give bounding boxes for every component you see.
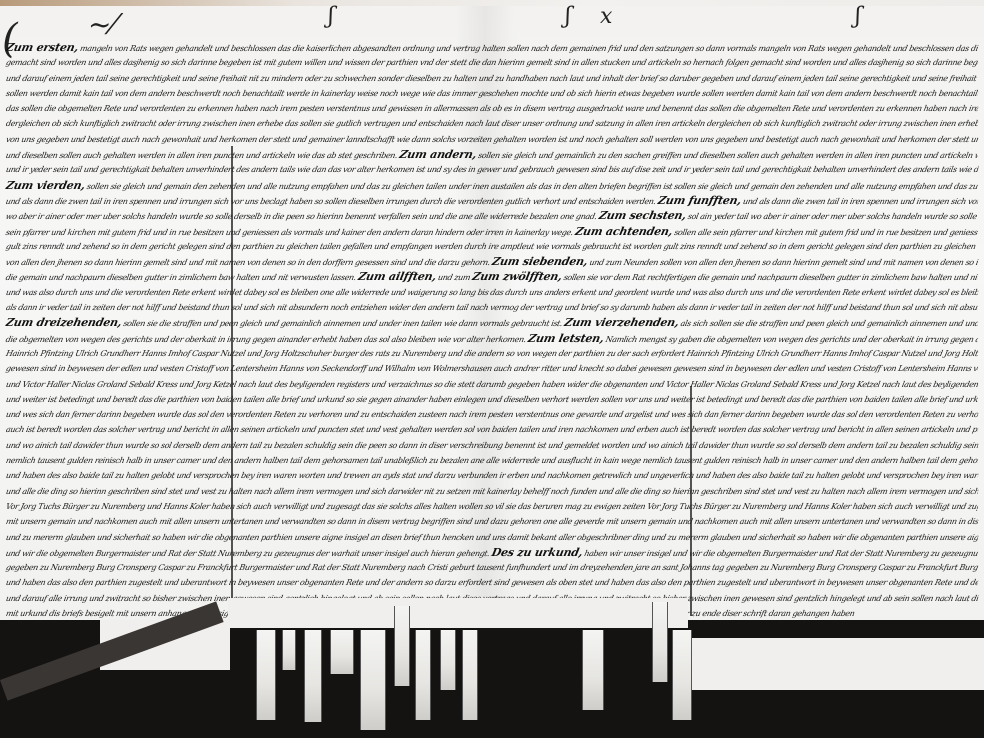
text-line: als dann ir veder tail in zeiten der not… — [4, 300, 979, 315]
line-text: und zu mererm glauben und sicherhait so … — [5, 533, 650, 542]
line-text: sein pfarrer und kirchen mit gutem frid … — [5, 228, 576, 237]
text-line: Hainrich Pfintzing Ulrich Grundherr Hann… — [4, 346, 979, 361]
charter-text: Zum ersten, mangeln von Rats wegen gehan… — [6, 40, 978, 637]
text-line: und alle die ding so hierinn geschriben … — [4, 484, 979, 499]
seal-tag-9 — [462, 630, 478, 720]
text-line: und haben das also den parthien zugestel… — [4, 575, 979, 590]
section-heading: Des zu urkund, — [490, 546, 584, 559]
text-line: mit unsern gemain und nachkomen auch mit… — [4, 514, 979, 529]
text-line: gegeben zu Nuremberg Burg Cronsperg Casp… — [4, 560, 979, 575]
text-line: und darauf einem jeden tail seine gerech… — [4, 71, 979, 86]
line-text: und darauf einem jeden tail seine gerech… — [733, 74, 980, 83]
line-text: und dieselben sollen auch gehalten werde… — [681, 151, 980, 160]
text-line: die gemain und nachpaurn dieselben gutte… — [4, 269, 979, 284]
text-line: auch ist beredt worden das solcher vertr… — [4, 422, 979, 437]
text-line: und zu mererm glauben und sicherhait so … — [4, 530, 979, 545]
line-text: und wes sich dan ferner darinn begeben w… — [5, 410, 654, 419]
text-line: nemlich tausent gulden reinisch halb in … — [4, 453, 979, 468]
text-line: Zum ersten, mangeln von Rats wegen gehan… — [4, 40, 979, 55]
line-text: sollen sie gleich und gemainlich zu den … — [475, 151, 682, 160]
fold-line-left — [231, 146, 233, 606]
text-line: und haben des also baide tail zu halten … — [4, 468, 979, 483]
line-text: als dann ir veder tail in zeiten der not… — [5, 303, 676, 312]
seal-tag-7 — [415, 630, 431, 720]
line-text: gemacht sind worden und alles dasjhenig … — [748, 58, 980, 67]
line-text: und wo ainich tail dawider thun wurde so… — [629, 441, 980, 450]
text-line: Zum dreizehenden, sollen sie die straffe… — [4, 315, 979, 330]
section-heading: Zum ersten, — [5, 41, 80, 54]
line-text: sollen sie die straffen und peen gleich … — [707, 319, 980, 328]
line-text: die gemain und nachpaurn dieselben gutte… — [695, 273, 980, 282]
line-text: und haben das also den parthien zugestel… — [592, 578, 980, 587]
line-text: die obgemelten von wegen des gerichts un… — [5, 335, 529, 344]
text-line: und Victor Haller Niclas Groland Sebald … — [4, 377, 979, 392]
line-text: wo aber ir ainer oder mer uber solchs ha… — [747, 212, 979, 221]
seal-tag-1 — [256, 630, 276, 720]
line-text: sol ain yeder tail — [685, 212, 749, 221]
line-text: und Victor Haller Niclas Groland Sebald … — [5, 380, 648, 389]
line-text: die gemain und nachpaurn dieselben gutte… — [5, 273, 359, 282]
line-text: und alle die ding so hierinn geschriben … — [596, 487, 980, 496]
top-flourish-5: ʃ — [855, 4, 861, 29]
line-text: von allen den jhenen so dann hierinn gem… — [5, 258, 493, 267]
line-text: und als dann die zwen tail in iren spenn… — [5, 197, 659, 206]
line-text: gegeben zu Nuremberg Burg Cronsperg Casp… — [5, 563, 725, 572]
text-line: Zum vierden, sollen sie gleich und gemai… — [4, 178, 979, 193]
seal-tag-5 — [360, 630, 386, 730]
text-line: wo aber ir ainer oder mer uber solchs ha… — [4, 208, 979, 223]
section-heading: Zum siebenden, — [491, 255, 589, 268]
line-text: und dieselben sollen auch gehalten werde… — [5, 151, 400, 160]
line-text: dergleichen ob sich kunftiglich zwitrach… — [704, 119, 980, 128]
text-line: und als dann die zwen tail in iren spenn… — [4, 193, 979, 208]
text-line: und dieselben sollen auch gehalten werde… — [4, 147, 979, 162]
line-text: wo aber ir ainer oder mer uber solchs ha… — [5, 212, 600, 221]
line-text: Hainrich Pfintzing Ulrich Grundherr Hann… — [5, 349, 686, 358]
seal-tag-11 — [652, 602, 668, 682]
line-text: sein pfarrer und kirchen mit gutem frid … — [710, 228, 980, 237]
line-text: und ir yeder sein tail und gerechtigkait… — [5, 165, 666, 174]
seal-tag-10 — [582, 630, 604, 710]
text-line: das sollen die obgemelten Rete und veror… — [4, 101, 979, 116]
line-text: gult zins renndt und zehend so in dem ge… — [5, 242, 662, 251]
seal-tag-6 — [394, 606, 410, 686]
line-text: gult zins renndt und zehend so in dem ge… — [661, 242, 980, 251]
line-text: haben wir unser insigel — [581, 549, 671, 558]
section-heading: Zum ailfften, — [357, 270, 438, 283]
line-text: mit unsern gemain und nachkomen auch mit… — [603, 517, 979, 526]
line-text: das sollen die obgemelten Rete und veror… — [5, 104, 694, 113]
line-text: auch ist beredt worden das solcher vertr… — [657, 425, 979, 434]
section-heading: Zum letsten, — [527, 332, 605, 345]
top-flourish-2: ʃ — [328, 4, 334, 29]
text-line: gewesen sind in beywesen der edlen und v… — [4, 361, 979, 376]
line-text: und zum — [435, 273, 473, 282]
section-heading: Zum vierzehenden, — [563, 316, 680, 329]
top-flourish-3: ʃ — [565, 4, 571, 29]
line-text: und was also durch uns und die verordent… — [5, 288, 675, 297]
text-line: gemacht sind worden und alles dasjhenig … — [4, 55, 979, 70]
line-text: sollen werden damit kain tail von dem an… — [5, 89, 701, 98]
line-text: gegeben zu Nuremberg Burg Cronsperg Casp… — [723, 563, 980, 572]
section-heading: Zum achtenden, — [574, 225, 674, 238]
text-line: von allen den jhenen so dann hierinn gem… — [4, 254, 979, 269]
text-line: sollen werden damit kain tail von dem an… — [4, 86, 979, 101]
line-text: und was also durch uns und die verordent… — [673, 288, 980, 297]
text-line: und wo ainich tail dawider thun wurde so… — [4, 438, 979, 453]
line-text: und wes sich dan ferner darinn begeben w… — [652, 410, 980, 419]
line-text: nemlich tausent gulden reinisch halb in … — [5, 456, 642, 465]
charter-sheet: ( ~⁄ ʃ ʃ x ʃ Zum ersten, mangeln von Rat… — [0, 6, 984, 646]
section-heading: Zum sechsten, — [598, 209, 688, 222]
line-text: und ir yeder sein tail und gerechtigkait… — [665, 165, 980, 174]
folded-plica — [228, 598, 688, 628]
text-line: und was also durch uns und die verordent… — [4, 285, 979, 300]
text-line: und ir yeder sein tail und gerechtigkait… — [4, 162, 979, 177]
line-text: und wir die obgemelten Burgermaister und… — [670, 549, 980, 558]
text-line: sein pfarrer und kirchen mit gutem frid … — [4, 224, 979, 239]
line-text: als dann ir veder tail in zeiten der not… — [674, 303, 980, 312]
line-text: und darauf einem jeden tail seine gerech… — [5, 74, 734, 83]
line-text: Vor Jorg Tuchs Bürger zu Nuremberg und H… — [5, 502, 646, 511]
seal-tag-12 — [672, 630, 692, 720]
line-text: sollen sie gleich und gemain den zehende… — [84, 182, 673, 191]
text-line: und weiter ist betedingt und beredt das … — [4, 392, 979, 407]
text-line: und wir die obgemelten Burgermaister und… — [4, 545, 979, 560]
text-line: von uns gegeben und bestetigt auch nach … — [4, 132, 979, 147]
line-text: und wir die obgemelten Burgermaister und… — [5, 549, 493, 558]
line-text: Hainrich Pfintzing Ulrich Grundherr Hann… — [684, 349, 980, 358]
line-text: gewesen sind in beywesen der edlen und v… — [5, 364, 672, 373]
line-text: die obgemelten von wegen des gerichts un… — [701, 335, 980, 344]
line-text: und wo ainich tail dawider thun wurde so… — [5, 441, 630, 450]
section-heading: Zum zwölfften, — [471, 270, 563, 283]
line-text: sollen alle — [671, 228, 712, 237]
line-text: von uns gegeben und bestetigt auch nach … — [682, 135, 980, 144]
seal-tag-4 — [330, 630, 354, 674]
line-text: mit unsern gemain und nachkomen auch mit… — [5, 517, 605, 526]
line-text: von uns gegeben und bestetigt auch nach … — [5, 135, 684, 144]
line-text: dergleichen ob sich kunftiglich zwitrach… — [5, 119, 706, 128]
text-line: und wes sich dan ferner darinn begeben w… — [4, 407, 979, 422]
line-text: sollen sie gleich und gemain den zehende… — [671, 182, 979, 191]
line-text: mangeln von Rats wegen gehandelt und bes… — [77, 44, 757, 53]
text-line: die obgemelten von wegen des gerichts un… — [4, 331, 979, 346]
line-text: als sich — [678, 319, 709, 328]
line-text: sollen sie die straffen und peen gleich … — [120, 319, 565, 328]
line-text: und weiter ist betedingt und beredt das … — [651, 395, 980, 404]
top-flourish-4: x — [600, 4, 612, 29]
line-text: gemacht sind worden und alles dasjhenig … — [5, 58, 750, 67]
line-text: Namlich mengst sy gaben — [603, 335, 703, 344]
line-text: und zu mererm glauben und sicherhait so … — [648, 533, 979, 542]
line-text: sollen sie vor dem Rat rechtfertigen — [561, 273, 697, 282]
text-line: gult zins renndt und zehend so in dem ge… — [4, 239, 979, 254]
line-text: auch ist beredt worden das solcher vertr… — [5, 425, 659, 434]
seal-strips-area — [0, 620, 984, 738]
line-text: das sollen die obgemelten Rete und veror… — [692, 104, 980, 113]
line-text: und als dann die zwen tail in iren spenn… — [740, 197, 980, 206]
section-heading: Zum andern, — [398, 148, 477, 161]
line-text: und haben des also baide tail zu halten … — [693, 471, 980, 480]
fold-line-right — [690, 386, 692, 616]
line-text: und haben des also baide tail zu halten … — [5, 471, 695, 480]
line-text: und Victor Haller Niclas Groland Sebald … — [647, 380, 980, 389]
text-line: Vor Jorg Tuchs Bürger zu Nuremberg und H… — [4, 499, 979, 514]
line-text: gewesen sind in beywesen der edlen und v… — [670, 364, 979, 373]
line-text: und weiter ist betedingt und beredt das … — [5, 395, 653, 404]
line-text: mangeln von Rats wegen gehandelt und bes… — [755, 44, 979, 53]
seal-tag-3 — [304, 630, 322, 722]
section-heading: Zum vierden, — [5, 179, 87, 192]
line-text: und haben das also den parthien zugestel… — [5, 578, 594, 587]
text-line: dergleichen ob sich kunftiglich zwitrach… — [4, 116, 979, 131]
seal-tag-2 — [282, 630, 296, 670]
line-text: von allen den jhenen so dann hierinn gem… — [681, 258, 980, 267]
section-heading: Zum dreizehenden, — [5, 316, 123, 329]
folded-plica-right — [690, 638, 984, 690]
line-text: Vor Jorg Tuchs Bürger zu Nuremberg und H… — [644, 502, 979, 511]
seal-tag-8 — [440, 630, 456, 690]
section-heading: Zum funfften, — [657, 194, 743, 207]
line-text: und alle die ding so hierinn geschriben … — [5, 487, 598, 496]
line-text: und zum Neunden sollen — [586, 258, 682, 267]
line-text: sollen werden damit kain tail von dem an… — [699, 89, 980, 98]
